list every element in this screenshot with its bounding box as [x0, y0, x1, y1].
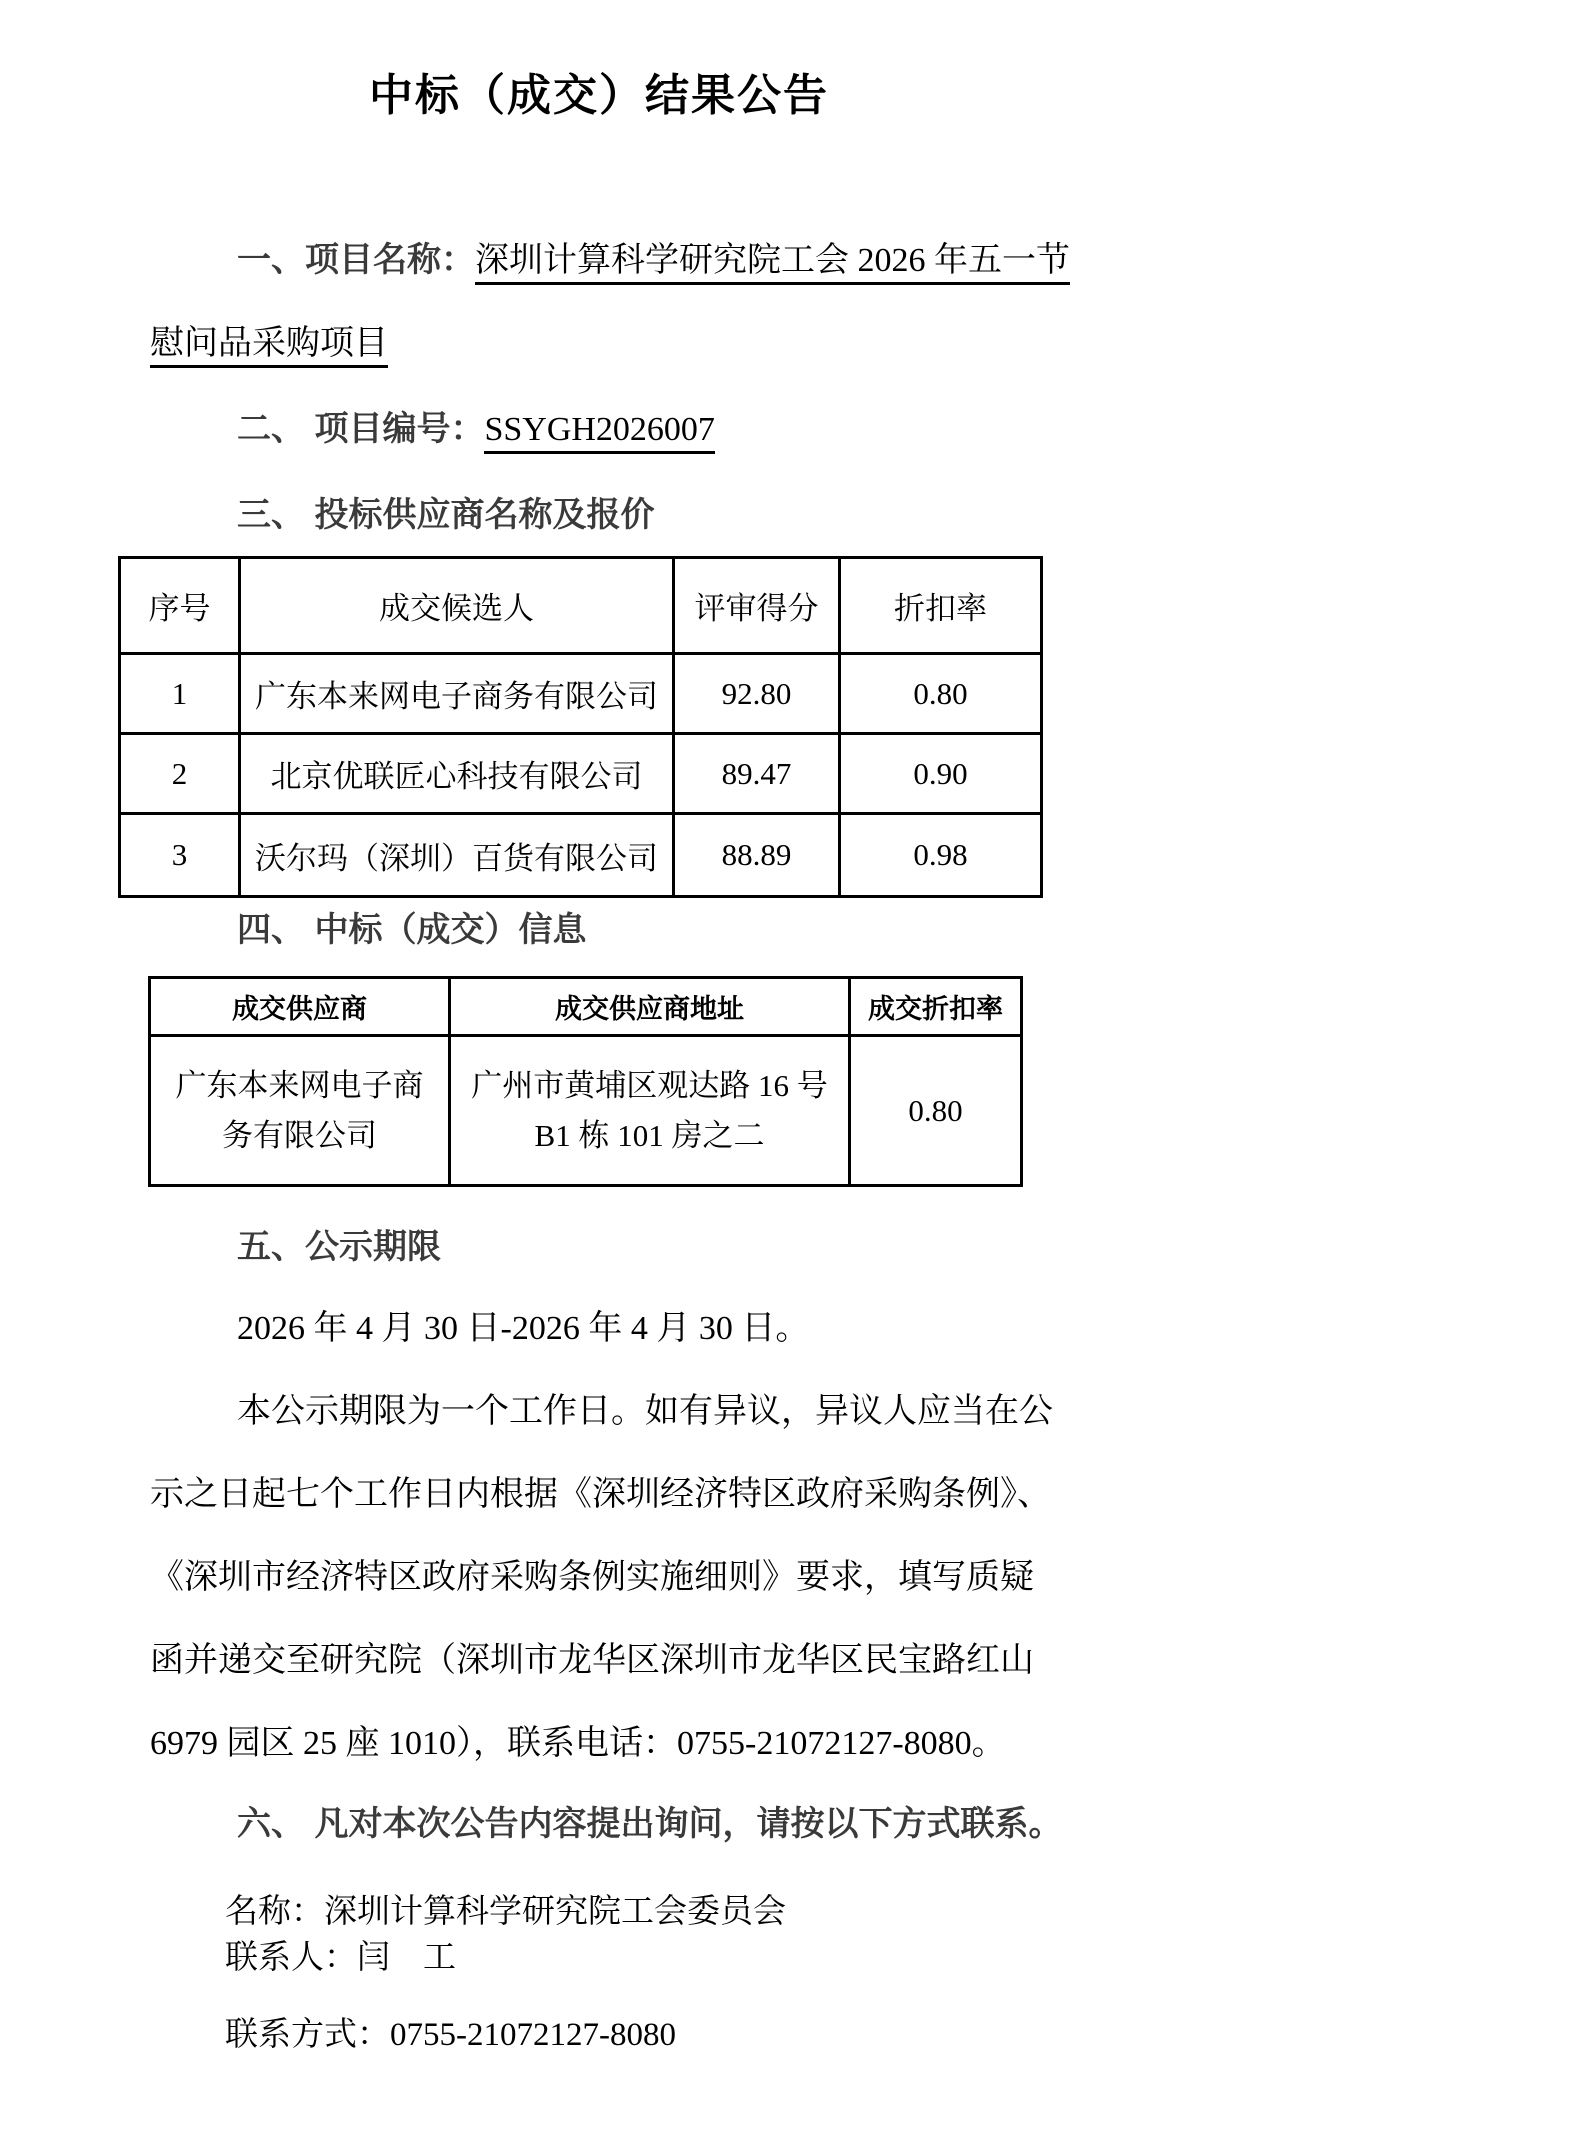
contact-person-line: 联系人：闫 工 — [118, 1935, 1080, 1981]
section-inquiry-heading: 六、 凡对本次公告内容提出询问，请按以下方式联系。 — [118, 1801, 1080, 1848]
announcement-page: 中标（成交）结果公告 一、项目名称：深圳计算科学研究院工会 2026 年五一节 … — [0, 0, 1587, 2155]
bid-col-score: 评审得分 — [674, 558, 840, 654]
bid-row3-score: 88.89 — [674, 814, 840, 897]
bid-table-row: 2 北京优联匠心科技有限公司 89.47 0.90 — [120, 734, 1042, 814]
publicity-paragraph: 本公示期限为一个工作日。如有异议，异议人应当在公 示之日起七个工作日内根据《深圳… — [118, 1389, 1080, 1767]
award-table-header-row: 成交供应商 成交供应商地址 成交折扣率 — [150, 978, 1022, 1036]
bid-table-header-row: 序号 成交候选人 评审得分 折扣率 — [120, 558, 1042, 654]
project-number-label: 二、 项目编号： — [237, 410, 484, 448]
award-heading-text: 四、 中标（成交）信息 — [237, 911, 586, 949]
bid-table-row: 1 广东本来网电子商务有限公司 92.80 0.80 — [120, 654, 1042, 734]
contact-phone-line: 联系方式：0755-21072127-8080 — [118, 2012, 1080, 2058]
bid-table: 序号 成交候选人 评审得分 折扣率 1 广东本来网电子商务有限公司 92.80 … — [118, 556, 1043, 898]
section-project-number: 二、 项目编号：SSYGH2026007 — [118, 406, 1080, 453]
bid-row2-discount: 0.90 — [840, 734, 1042, 814]
bid-row1-score: 92.80 — [674, 654, 840, 734]
section-bidders-heading: 三、 投标供应商名称及报价 — [118, 492, 1080, 539]
publicity-heading-text: 五、公示期限 — [237, 1228, 441, 1266]
award-discount: 0.80 — [850, 1036, 1022, 1186]
paragraph-line: 6979 园区 25 座 1010），联系电话：0755-21072127-80… — [118, 1721, 1080, 1767]
award-table: 成交供应商 成交供应商地址 成交折扣率 广东本来网电子商务有限公司 广州市黄埔区… — [148, 976, 1023, 1187]
bid-row3-index: 3 — [120, 814, 240, 897]
project-name-value-line1: 深圳计算科学研究院工会 2026 年五一节 — [475, 242, 1070, 285]
paragraph-line: 示之日起七个工作日内根据《深圳经济特区政府采购条例》、 — [118, 1472, 1080, 1518]
award-table-row: 广东本来网电子商务有限公司 广州市黄埔区观达路 16 号 B1 栋 101 房之… — [150, 1036, 1022, 1186]
award-col-supplier: 成交供应商 — [150, 978, 450, 1036]
section-award-heading: 四、 中标（成交）信息 — [118, 907, 1080, 954]
inquiry-heading-text: 六、 凡对本次公告内容提出询问，请按以下方式联系。 — [237, 1805, 1062, 1843]
bid-row2-score: 89.47 — [674, 734, 840, 814]
paragraph-line: 本公示期限为一个工作日。如有异议，异议人应当在公 — [118, 1389, 1080, 1435]
bid-row2-index: 2 — [120, 734, 240, 814]
page-title: 中标（成交）结果公告 — [118, 70, 1080, 122]
bidders-heading-text: 三、 投标供应商名称及报价 — [237, 496, 654, 534]
bid-row3-candidate: 沃尔玛（深圳）百货有限公司 — [240, 814, 674, 897]
contact-name-line: 名称：深圳计算科学研究院工会委员会 — [118, 1889, 1080, 1935]
bid-row1-index: 1 — [120, 654, 240, 734]
project-name-value-line2: 慰问品采购项目 — [150, 325, 388, 368]
award-address: 广州市黄埔区观达路 16 号 B1 栋 101 房之二 — [450, 1036, 850, 1186]
bid-col-index: 序号 — [120, 558, 240, 654]
section-publicity-heading: 五、公示期限 — [118, 1224, 1080, 1271]
project-name-label: 一、项目名称： — [237, 241, 475, 279]
bid-row2-candidate: 北京优联匠心科技有限公司 — [240, 734, 674, 814]
section-project-name: 一、项目名称：深圳计算科学研究院工会 2026 年五一节 — [118, 237, 1080, 284]
bid-row3-discount: 0.98 — [840, 814, 1042, 897]
publicity-date-range: 2026 年 4 月 30 日-2026 年 4 月 30 日。 — [118, 1306, 1080, 1352]
announcement-document: 中标（成交）结果公告 一、项目名称：深圳计算科学研究院工会 2026 年五一节 … — [118, 0, 1080, 2058]
bid-row1-discount: 0.80 — [840, 654, 1042, 734]
paragraph-line: 函并递交至研究院（深圳市龙华区深圳市龙华区民宝路红山 — [118, 1638, 1080, 1684]
award-supplier: 广东本来网电子商务有限公司 — [150, 1036, 450, 1186]
paragraph-line: 《深圳市经济特区政府采购条例实施细则》要求，填写质疑 — [118, 1555, 1080, 1601]
bid-row1-candidate: 广东本来网电子商务有限公司 — [240, 654, 674, 734]
project-number-value: SSYGH2026007 — [484, 411, 714, 454]
section-project-name-wrap: 慰问品采购项目 — [118, 321, 1080, 367]
bid-col-candidate: 成交候选人 — [240, 558, 674, 654]
bid-col-discount: 折扣率 — [840, 558, 1042, 654]
award-col-discount: 成交折扣率 — [850, 978, 1022, 1036]
award-col-address: 成交供应商地址 — [450, 978, 850, 1036]
bid-table-row: 3 沃尔玛（深圳）百货有限公司 88.89 0.98 — [120, 814, 1042, 897]
